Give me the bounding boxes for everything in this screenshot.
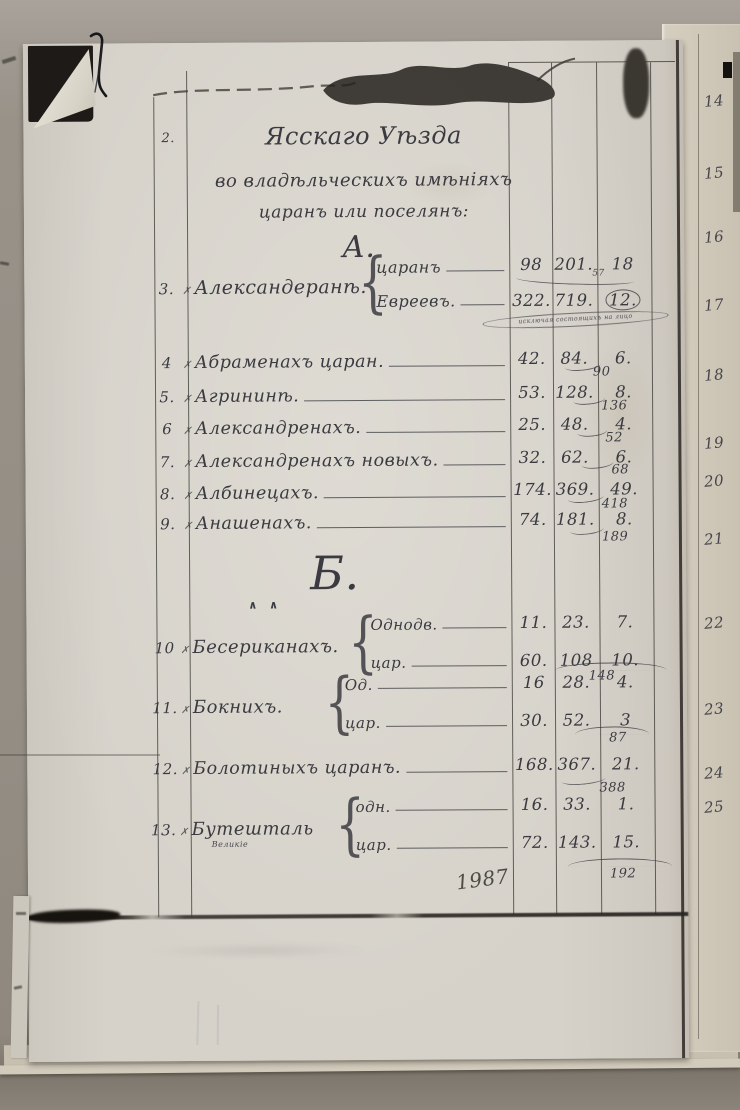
leader-line (406, 771, 507, 773)
running-sum: 90 (593, 364, 611, 379)
table-row: 9. ✗ Анашенахъ. (154, 512, 509, 534)
next-page-row-number: 16 (703, 227, 725, 247)
row-number: 12. (151, 760, 179, 778)
edge-scribble (2, 56, 17, 64)
section-letter-b: Б. (310, 546, 360, 600)
sub-row: царанъ (376, 257, 507, 277)
value-col2: 201. (551, 255, 596, 274)
value-col3: 8. (598, 509, 651, 528)
village-name: Бесериканахъ. (192, 636, 338, 658)
village-name: Бокнихъ. (193, 696, 283, 718)
sub-row: Евреевъ. (376, 291, 507, 311)
running-sum: 388 (599, 780, 625, 795)
table-row: 13. ✗ Бутешталь (150, 818, 350, 840)
sub-label: царанъ (376, 257, 441, 276)
value-col1: 74. (513, 510, 553, 529)
value-col1: 30. (514, 711, 554, 730)
leader-line (386, 725, 507, 727)
village-name: Александеранѣ. (194, 276, 367, 299)
row-number: 7. (153, 453, 181, 471)
row-number: 3. (152, 280, 180, 298)
sub-row: одн. (356, 797, 511, 816)
leader-line (411, 665, 506, 667)
value-row: 168. 367. 21. (514, 754, 654, 774)
value-col2: 33. (554, 795, 599, 814)
flourish (516, 273, 634, 286)
photo-background: 14 15 16 17 18 19 20 21 22 23 24 25 (0, 0, 740, 1110)
tick-icon: ✗ (183, 426, 192, 437)
footer-number: 1987 (455, 864, 511, 895)
row-number: 11. (151, 699, 179, 717)
village-name: Александренахъ новыхъ. (195, 450, 438, 471)
value-col1: 60. (514, 651, 554, 670)
edge-scribble (0, 261, 9, 266)
page-right-edge (676, 40, 685, 1058)
value-col2: 23. (553, 613, 598, 632)
row-number: 10 (151, 639, 179, 657)
value-col2: 143. (555, 833, 600, 852)
value-col3: 15. (600, 832, 653, 851)
sub-label: Од. (345, 676, 373, 694)
sub-label: цар. (345, 714, 381, 732)
leader-line (304, 399, 505, 401)
leader-line (317, 526, 506, 528)
correction-note: 57 (592, 268, 605, 278)
value-row: 16 28. 4. (514, 672, 654, 692)
sub-label: одн. (356, 798, 391, 816)
next-page-row-number: 18 (703, 365, 725, 385)
village-name: Болотиныхъ царанъ. (193, 758, 401, 779)
bleed-mark (217, 1005, 219, 1045)
circled-value: 12. (605, 289, 641, 310)
sub-row: Од. (345, 675, 510, 694)
table-row: 8. ✗ Албинецахъ. (154, 482, 509, 504)
village-name: Албинецахъ. (195, 483, 319, 504)
leader-line (443, 627, 507, 628)
row-number: 4 (153, 354, 181, 372)
bleed-through (148, 942, 368, 959)
tick-icon: ✗ (184, 491, 193, 502)
ink-blot (623, 48, 649, 118)
document-subtitle: во владѣльческихъ имѣніяхъ (174, 169, 554, 192)
row-number: 13. (150, 821, 178, 839)
table-row: 4 ✗ Абраменахъ царан. (153, 351, 508, 373)
value-col1: 98 (511, 255, 551, 274)
next-page-column-rule (698, 34, 699, 1039)
value-col1: 25. (512, 415, 552, 434)
table-row: 3. ✗ Александеранѣ. (152, 276, 392, 299)
running-sum: 52 (605, 430, 623, 445)
table-row: 6 ✗ Александренахъ. (153, 417, 508, 439)
value-col2: 719. (551, 291, 596, 310)
running-sum: 189 (602, 529, 628, 544)
value-col1: 174. (513, 480, 553, 499)
next-page-row-number: 21 (703, 529, 725, 549)
value-row: 16. 33. 1. (514, 794, 654, 814)
edge-scribble (16, 912, 26, 915)
village-name: Бутешталь (192, 818, 314, 840)
leader-line (389, 365, 505, 367)
sub-label: Евреевъ. (376, 291, 455, 310)
value-col3: 21. (599, 754, 652, 773)
value-col1: 16. (514, 795, 554, 814)
sub-label: цар. (371, 654, 407, 672)
sub-row: цар. (356, 835, 511, 854)
row-number: 5. (153, 388, 181, 406)
village-name: Агрининѣ. (195, 386, 300, 407)
table-row: 11. ✗ Бокнихъ. (151, 696, 331, 718)
tick-icon: ✗ (183, 394, 192, 405)
next-page-row-number: 22 (703, 613, 725, 633)
value-row: 98 201. 18 (511, 254, 651, 274)
next-page-row-number: 25 (703, 797, 725, 817)
next-page-row-number: 14 (703, 91, 725, 111)
row-number: 9. (154, 515, 182, 533)
value-col1: 168. (514, 755, 554, 774)
tick-icon: ✗ (181, 645, 190, 656)
ink-smear (28, 908, 120, 924)
sub-row: Однодв. (370, 615, 509, 634)
stacked-sheet-edges (11, 896, 30, 1058)
value-col3: 1. (599, 794, 652, 813)
value-row: 11. 23. 7. (513, 612, 653, 632)
running-sum: 87 (609, 730, 627, 745)
value-col1: 322. (511, 291, 551, 310)
value-col1: 42. (512, 349, 552, 368)
sub-row: цар. (345, 713, 510, 732)
row-number: 6 (153, 420, 181, 438)
value-col1: 53. (512, 383, 552, 402)
tick-marks: ∧ ∧ (248, 598, 282, 611)
value-col3: 7. (598, 612, 651, 631)
tick-icon: ✗ (180, 827, 189, 838)
next-page-row-number: 20 (703, 471, 725, 491)
document-title: Ясскаго Уѣзда (173, 121, 553, 151)
leader-line (397, 847, 508, 849)
village-name: Абраменахъ царан. (195, 352, 384, 373)
value-col1: 16 (514, 673, 554, 692)
crease-line (0, 754, 160, 756)
document-page: 2. Ясскаго Уѣзда во владѣльческихъ имѣні… (23, 40, 689, 1062)
running-sum: 136 (601, 398, 627, 413)
tick-icon: ✗ (181, 705, 190, 716)
value-col1: 72. (515, 833, 555, 852)
next-page-row-number: 23 (703, 699, 725, 719)
tick-icon: ✗ (182, 286, 191, 297)
value-row: 72. 143. 15. (515, 832, 655, 852)
table-row: 10 ✗ Бесериканахъ. (151, 636, 371, 658)
table-rule-bottom (26, 912, 688, 920)
bleed-mark (196, 1001, 199, 1045)
leader-line (378, 687, 507, 689)
sub-row: цар. (371, 653, 510, 672)
running-sum: 192 (610, 866, 636, 881)
leader-line (396, 809, 508, 811)
table-row: 7. ✗ Александренахъ новыхъ. (153, 450, 508, 472)
value-col1: 11. (513, 613, 553, 632)
torn-top-edge (133, 41, 583, 118)
tick-icon: ✗ (184, 521, 193, 532)
row-number: 8. (154, 485, 182, 503)
sub-label: Однодв. (370, 616, 437, 634)
value-col3: 4. (599, 672, 652, 691)
next-page-row-number: 24 (703, 763, 725, 783)
leader-line (444, 464, 506, 465)
tick-icon: ✗ (181, 766, 190, 777)
value-row: 322. 719. 12. (511, 290, 651, 310)
next-page-row-number: 19 (703, 433, 725, 453)
village-name: Анашенахъ. (196, 513, 312, 534)
next-page-edge-shadow (733, 52, 740, 212)
leader-line (324, 496, 506, 498)
table-row: 12. ✗ Болотиныхъ царанъ. (151, 757, 510, 779)
leader-line (461, 304, 505, 305)
tick-icon: ✗ (183, 459, 192, 470)
running-sum: 68 (611, 462, 629, 477)
leader-line (446, 270, 504, 271)
value-col2: 367. (554, 755, 599, 774)
next-page-row-number: 17 (703, 295, 725, 315)
table-row: 5. ✗ Агрининѣ. (153, 385, 508, 407)
village-name: Александренахъ. (195, 418, 361, 439)
document-subtitle-2: царанъ или поселянъ: (174, 201, 554, 223)
village-subnote: Великіе (212, 840, 248, 849)
leader-line (366, 431, 505, 433)
value-col3: 12. (596, 290, 649, 309)
paper-clip-wire (82, 28, 112, 108)
tick-icon: ✗ (183, 360, 192, 371)
sub-label: цар. (356, 836, 392, 854)
value-col2: 28. (554, 673, 599, 692)
value-col1: 32. (512, 448, 552, 467)
table-rule-left-outer (153, 97, 159, 917)
black-tab (723, 62, 732, 78)
next-page-row-number: 15 (703, 163, 725, 183)
